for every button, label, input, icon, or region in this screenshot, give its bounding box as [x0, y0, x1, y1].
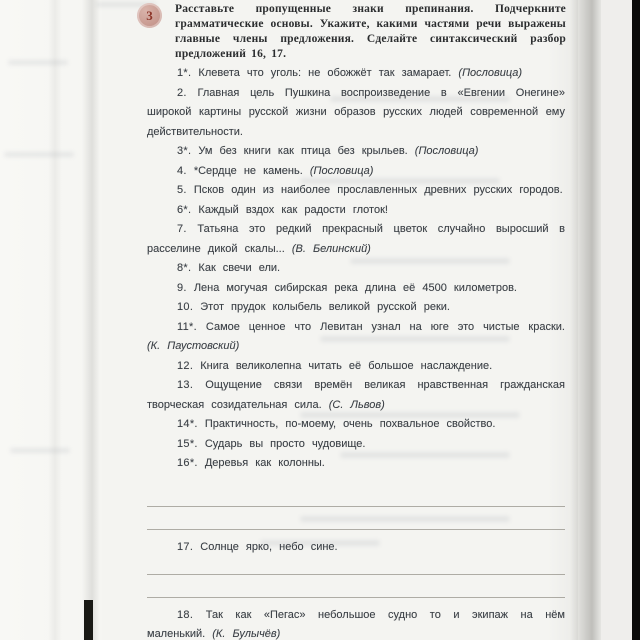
margin-crease — [48, 0, 62, 640]
exercise-item-5: 5. Псков один из наиболее прославленных … — [147, 181, 565, 201]
margin-crease — [82, 0, 100, 640]
item-attribution: (Пословица) — [451, 67, 522, 79]
item-text: Как свечи ели. — [191, 262, 280, 274]
item-number: 11*. — [177, 321, 197, 333]
item-number: 2. — [177, 87, 187, 99]
item-number: 13. — [177, 379, 193, 391]
show-through-smudge — [10, 448, 70, 453]
show-through-smudge — [8, 60, 68, 65]
item-number: 9. — [177, 282, 187, 294]
item-number: 17. — [177, 541, 193, 553]
item-attribution: (К. Булычёв) — [205, 628, 280, 640]
item-text: Псков один из наиболее прославленных дре… — [187, 184, 563, 196]
item-text: *Сердце не камень. — [187, 165, 303, 177]
exercise-item-6: 6*. Каждый вздох как радости глоток! — [147, 201, 565, 221]
item-number: 18. — [177, 609, 193, 621]
exercise-item-9: 9. Лена могучая сибирская река длина её … — [147, 279, 565, 299]
item-number: 6*. — [177, 204, 191, 216]
exercise-instruction: Расставьте пропущенные знаки препинания.… — [175, 2, 566, 62]
exercise-item-4: 4. *Сердце не камень. (Пословица) — [147, 162, 565, 182]
answer-line — [147, 496, 565, 507]
item-number: 12. — [177, 360, 193, 372]
exercise-item-15: 15*. Сударь вы просто чудовище. — [147, 435, 565, 455]
item-number: 14*. — [177, 418, 198, 430]
item-text: Деревья как колонны. — [198, 457, 325, 469]
item-text: Солнце ярко, небо сине. — [193, 541, 337, 553]
item-attribution: (Пословица) — [303, 165, 374, 177]
exercise-item-7: 7. Татьяна это редкий прекрасный цветок … — [147, 220, 565, 259]
item-attribution: (Пословица) — [408, 145, 479, 157]
item-number: 5. — [177, 184, 187, 196]
exercise-items: 1*. Клевета что уголь: не обожжёт так за… — [147, 64, 565, 474]
item-text: Книга великолепна читать её большое насл… — [193, 360, 492, 372]
exercise-number-badge: 3 — [137, 3, 162, 28]
item-text: Лена могучая сибирская река длина её 450… — [187, 282, 517, 294]
exercise-item-13: 13. Ощущение связи времён великая нравст… — [147, 376, 565, 415]
exercise-item-16: 16*. Деревья как колонны. — [147, 454, 565, 474]
answer-line — [147, 575, 565, 598]
binding-black-mark — [84, 600, 93, 640]
exercise-item-18: 18. Так как «Пегас» небольшое судно то и… — [147, 606, 565, 640]
exercise-item-14: 14*. Практичность, по-моему, очень похва… — [147, 415, 565, 435]
answer-line — [147, 558, 565, 575]
exercise-item-11: 11*. Самое ценное что Левитан узнал на ю… — [147, 318, 565, 357]
item-number: 15*. — [177, 438, 198, 450]
item-number: 16*. — [177, 457, 198, 469]
exercise-item-3: 3*. Ум без книги как птица без крыльев. … — [147, 142, 565, 162]
item-number: 10. — [177, 301, 193, 313]
item-text: Клевета что уголь: не обожжёт так замара… — [191, 67, 451, 79]
item-text: Практичность, по-моему, очень похвальное… — [198, 418, 496, 430]
item-attribution: (В. Белинский) — [285, 243, 371, 255]
item-text: Сударь вы просто чудовище. — [198, 438, 366, 450]
item-number: 8*. — [177, 262, 191, 274]
exercise-item-8: 8*. Как свечи ели. — [147, 259, 565, 279]
exercise-item-2: 2. Главная цель Пушкина воспроизведение … — [147, 84, 565, 143]
show-through-smudge — [4, 152, 74, 157]
item-number: 3*. — [177, 145, 191, 157]
scan-black-edge — [632, 0, 640, 640]
exercise-item-1: 1*. Клевета что уголь: не обожжёт так за… — [147, 64, 565, 84]
item-number: 7. — [177, 223, 187, 235]
right-page-edge — [601, 0, 633, 640]
item-text: Каждый вздох как радости глоток! — [191, 204, 388, 216]
scanned-workbook-page: 3 Расставьте пропущенные знаки препинани… — [0, 0, 640, 640]
item-text: Этот прудок колыбель великой русской рек… — [193, 301, 450, 313]
exercise-item-17: 17. Солнце ярко, небо сине. — [147, 538, 565, 558]
exercise-item-10: 10. Этот прудок колыбель великой русской… — [147, 298, 565, 318]
item-number: 4. — [177, 165, 187, 177]
exercise-items-bottom: 17. Солнце ярко, небо сине.18. Так как «… — [147, 496, 565, 640]
item-attribution: (К. Паустовский) — [147, 340, 239, 352]
item-attribution: (С. Львов) — [322, 399, 385, 411]
exercise-item-12: 12. Книга великолепна читать её большое … — [147, 357, 565, 377]
answer-line — [147, 507, 565, 530]
item-text: Ум без книги как птица без крыльев. — [191, 145, 407, 157]
item-text: Главная цель Пушкина воспроизведение в «… — [147, 87, 565, 138]
item-text: Самое ценное что Левитан узнал на юге эт… — [197, 321, 565, 333]
item-number: 1*. — [177, 67, 191, 79]
